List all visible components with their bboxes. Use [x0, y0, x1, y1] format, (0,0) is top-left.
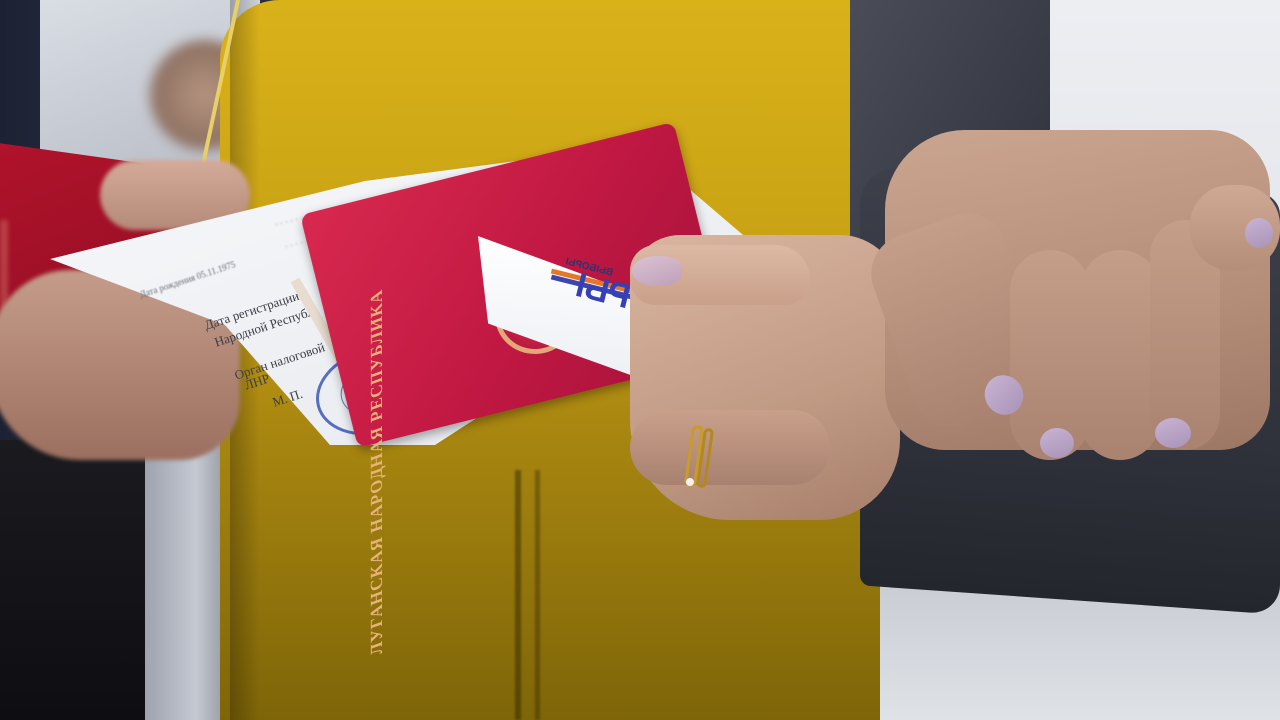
fingernail [1245, 218, 1273, 248]
thumb-nail [632, 256, 682, 286]
fingernail [1155, 418, 1191, 448]
passport-title-line-2: РЕСПУБЛИКА [367, 287, 386, 425]
passport-title: ЛУГАНСКАЯ НАРОДНАЯ РЕСПУБЛИКА [368, 287, 386, 658]
background-grey-strip [145, 430, 230, 720]
background-black-trousers [0, 440, 150, 720]
fingernail [1040, 428, 1074, 458]
ring-finger [630, 410, 830, 485]
coat-seam [535, 470, 540, 720]
right-ring-finger [1080, 250, 1160, 460]
ring-stone [686, 478, 694, 486]
coat-seam [515, 470, 521, 720]
passport-title-line-1: ЛУГАНСКАЯ НАРОДНАЯ [367, 423, 386, 659]
